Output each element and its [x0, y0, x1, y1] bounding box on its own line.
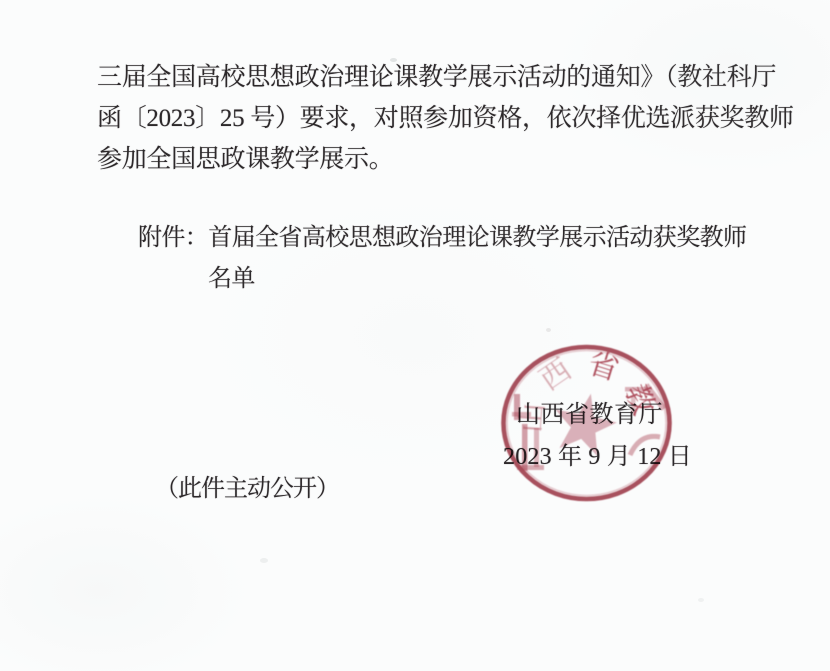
- body-line-3: 参加全国思政课教学展示。: [97, 139, 797, 180]
- scan-speck: [260, 558, 268, 563]
- seal-arc-char: 厅: [498, 337, 514, 344]
- official-seal: 山 西 省 教 育 厅: [498, 337, 682, 505]
- scan-speck: [698, 598, 704, 602]
- body-line-1: 三届全国高校思想政治理论课教学展示活动的通知》（教社科厅: [97, 57, 797, 98]
- seal-arc-char: 山: [515, 400, 550, 434]
- seal-star: [548, 387, 622, 458]
- seal-arc-char: 育: [498, 337, 514, 344]
- body-paragraph: 三届全国高校思想政治理论课教学展示活动的通知》（教社科厅 函〔2023〕25 号…: [97, 57, 797, 180]
- attachment-line-2: 名单: [138, 259, 746, 300]
- scanned-document-page: 三届全国高校思想政治理论课教学展示活动的通知》（教社科厅 函〔2023〕25 号…: [0, 0, 830, 671]
- attachment-line-1: 附件：首届全省高校思想政治理论课教学展示活动获奖教师: [138, 218, 746, 259]
- body-line-2: 函〔2023〕25 号）要求，对照参加资格，依次择优选派获奖教师: [97, 98, 797, 139]
- scan-speck: [546, 328, 551, 332]
- attachment-reference: 附件：首届全省高校思想政治理论课教学展示活动获奖教师 名单: [138, 218, 746, 300]
- footer-disclosure-note: （此件主动公开）: [155, 468, 339, 503]
